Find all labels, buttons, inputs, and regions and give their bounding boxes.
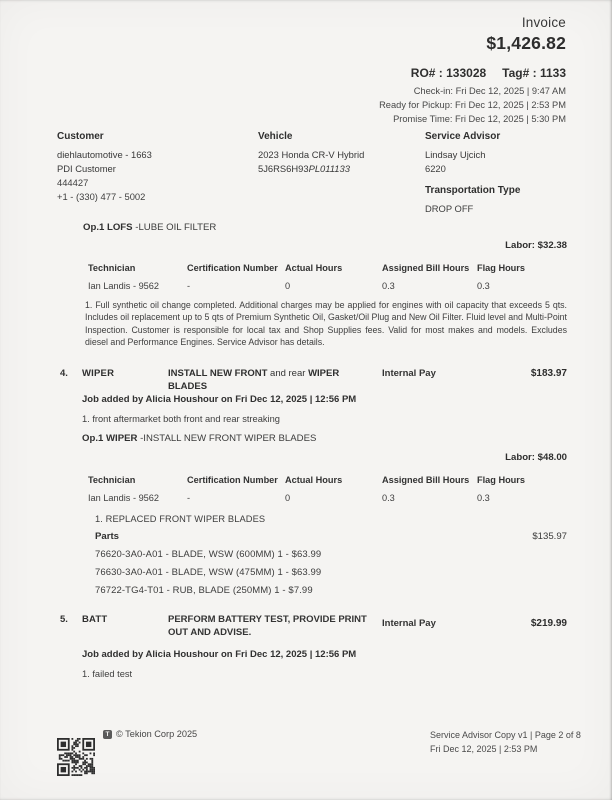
col-flag-hours: Flag Hours [477,263,547,273]
tekion-logo-icon: T [103,730,112,739]
customer-name: diehlautomotive - 1663 [57,148,152,162]
vehicle-title: Vehicle [258,131,364,142]
transport-value: DROP OFF [425,202,520,216]
customer-number: 444427 [57,176,152,190]
job5-code: BATT [82,614,107,625]
promise-time: Promise Time: Fri Dec 12, 2025 | 5:30 PM [379,113,566,127]
job4-pay-type: Internal Pay [382,368,436,379]
labor-table-wiper: Technician Certification Number Actual H… [88,475,547,503]
job5-pay-type: Internal Pay [382,618,436,629]
job5-number: 5. [60,614,68,625]
customer-type: PDI Customer [57,162,152,176]
invoice-title: Invoice [379,15,566,30]
op-title-lofs: Op.1 LOFS -LUBE OIL FILTER [83,222,216,233]
col-assigned-hours: Assigned Bill Hours [382,475,477,485]
qr-code [57,738,95,776]
technician-name: Ian Landis - 9562 [88,281,187,291]
op-title-wiper: Op.1 WIPER -INSTALL NEW FRONT WIPER BLAD… [82,433,316,444]
labor-table-lofs: Technician Certification Number Actual H… [88,263,547,291]
customer-title: Customer [57,131,152,142]
transport-title: Transportation Type [425,185,520,196]
header-times: Check-in: Fri Dec 12, 2025 | 9:47 AM Rea… [379,85,566,126]
customer-phone: +1 - (330) 477 - 5002 [57,190,152,204]
assigned-hours-value: 0.3 [382,281,477,291]
footer-page-info: Service Advisor Copy v1 | Page 2 of 8 Fr… [430,729,581,756]
labor-amount-wiper: Labor: $48.00 [505,452,567,463]
actual-hours-value: 0 [285,493,382,503]
vehicle-vin: 5J6RS6H93PL011133 [258,162,364,176]
invoice-header: Invoice $1,426.82 RO# : 133028Tag# : 113… [379,15,566,126]
parts-total: $135.97 [532,531,567,542]
job4-number: 4. [60,368,68,379]
parts-label: Parts [95,531,119,542]
job4-added-by: Job added by Alicia Houshour on Fri Dec … [82,394,356,405]
job5-description: PERFORM BATTERY TEST, PROVIDE PRINT OUT … [168,614,380,639]
lofs-service-note: 1. Full synthetic oil change completed. … [85,299,567,349]
col-actual-hours: Actual Hours [285,475,382,485]
certification-value: - [187,281,285,291]
job4-code: WIPER [82,368,114,379]
invoice-page: Invoice $1,426.82 RO# : 133028Tag# : 113… [0,0,612,800]
customer-block: Customer diehlautomotive - 1663 PDI Cust… [57,131,152,204]
job4-story: 1. REPLACED FRONT WIPER BLADES [95,514,265,524]
ro-tag-line: RO# : 133028Tag# : 1133 [379,66,566,80]
part-line: 76722-TG4-T01 - RUB, BLADE (250MM) 1 - $… [95,585,313,596]
certification-value: - [187,493,285,503]
col-assigned-hours: Assigned Bill Hours [382,263,477,273]
tag-number: Tag# : 1133 [502,66,566,80]
part-line: 76630-3A0-A01 - BLADE, WSW (475MM) 1 - $… [95,567,321,578]
advisor-name: Lindsay Ujcich [425,148,520,162]
col-certification: Certification Number [187,263,285,273]
col-actual-hours: Actual Hours [285,263,382,273]
col-technician: Technician [88,263,187,273]
invoice-total: $1,426.82 [379,33,566,54]
job4-description: INSTALL NEW FRONT and rear WIPER BLADES [168,368,380,393]
print-timestamp: Fri Dec 12, 2025 | 2:53 PM [430,743,581,757]
actual-hours-value: 0 [285,281,382,291]
job5-added-by: Job added by Alicia Houshour on Fri Dec … [82,649,356,660]
flag-hours-value: 0.3 [477,281,547,291]
advisor-title: Service Advisor [425,131,520,142]
labor-amount-lofs: Labor: $32.38 [505,240,567,251]
advisor-id: 6220 [425,162,520,176]
vehicle-block: Vehicle 2023 Honda CR-V Hybrid 5J6RS6H93… [258,131,364,176]
col-certification: Certification Number [187,475,285,485]
flag-hours-value: 0.3 [477,493,547,503]
copy-version-page: Service Advisor Copy v1 | Page 2 of 8 [430,729,581,743]
vehicle-model: 2023 Honda CR-V Hybrid [258,148,364,162]
technician-name: Ian Landis - 9562 [88,493,187,503]
job5-total: $219.99 [531,618,567,629]
part-line: 76620-3A0-A01 - BLADE, WSW (600MM) 1 - $… [95,549,321,560]
ready-time: Ready for Pickup: Fri Dec 12, 2025 | 2:5… [379,99,566,113]
service-advisor-block: Service Advisor Lindsay Ujcich 6220 Tran… [425,131,520,216]
assigned-hours-value: 0.3 [382,493,477,503]
ro-number: RO# : 133028 [411,66,486,80]
copyright-text: © Tekion Corp 2025 [116,729,197,739]
job5-concern: 1. failed test [82,669,132,679]
checkin-time: Check-in: Fri Dec 12, 2025 | 9:47 AM [379,85,566,99]
footer-copyright: T © Tekion Corp 2025 [103,729,197,739]
col-flag-hours: Flag Hours [477,475,547,485]
job4-concern: 1. front aftermarket both front and rear… [82,414,280,424]
job4-total: $183.97 [531,368,567,379]
col-technician: Technician [88,475,187,485]
